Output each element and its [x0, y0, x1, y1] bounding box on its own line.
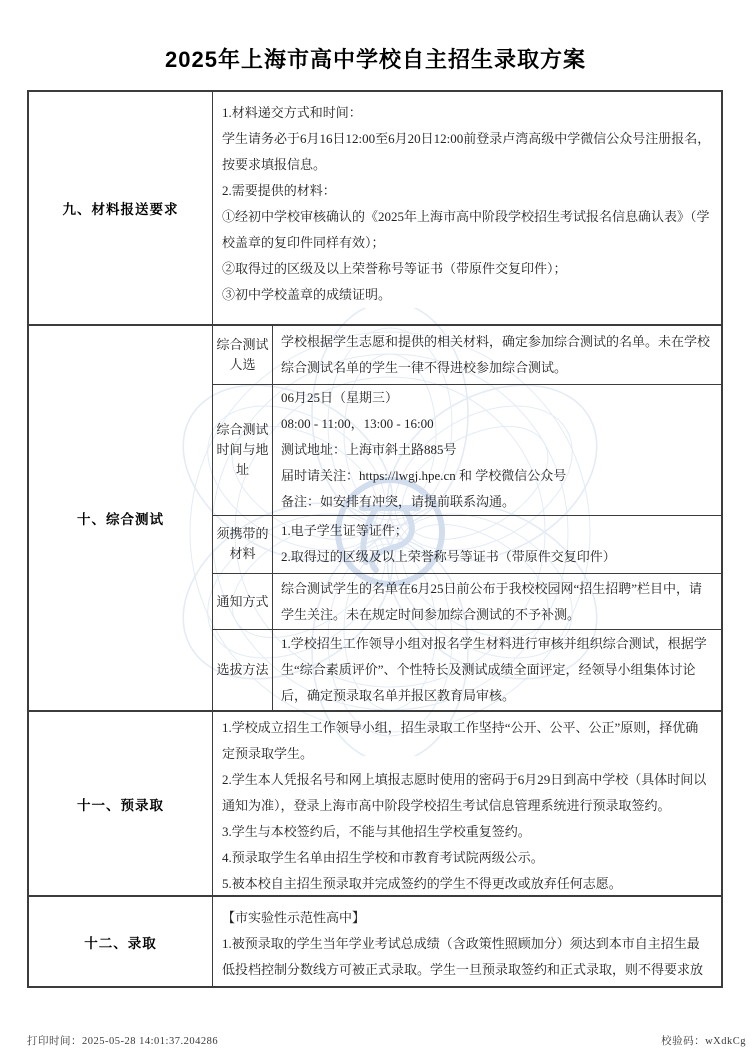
row-label: 十一、预录取	[29, 712, 213, 895]
cell-text-line: 1.学校招生工作领导小组对报名学生材料进行审核并组织综合测试，根据学生“综合素质…	[281, 631, 711, 709]
subrow-label: 须携带的材料	[213, 516, 273, 573]
cell-text-line: 4.预录取学生名单由招生学校和市教育考试院两级公示。	[222, 845, 711, 871]
subrow-content: 综合测试学生的名单在6月25日前公布于我校校园网“招生招聘”栏目中，请学生关注。…	[273, 574, 721, 630]
subrow-candidates: 综合测试人选 学校根据学生志愿和提供的相关材料，确定参加综合测试的名单。未在学校…	[213, 326, 721, 384]
subrow-notification-method: 通知方式 综合测试学生的名单在6月25日前公布于我校校园网“招生招聘”栏目中，请…	[213, 573, 721, 630]
subrow-label: 综合测试时间与地址	[213, 385, 273, 515]
cell-text-line: 3.学生与本校签约后，不能与其他招生学校重复签约。	[222, 819, 711, 845]
subrow-materials-to-bring: 须携带的材料 1.电子学生证等证件； 2.取得过的区级及以上荣誉称号等证书（带原…	[213, 515, 721, 573]
print-time: 打印时间：2025-05-28 14:01:37.204286	[27, 1033, 218, 1048]
cell-text-line: 学校根据学生志愿和提供的相关材料，确定参加综合测试的名单。未在学校综合测试名单的…	[281, 329, 711, 381]
subrow-time-address: 综合测试时间与地址 06月25日（星期三） 08:00 - 11:00，13:0…	[213, 384, 721, 515]
row-content: 【市实验性示范性高中】 1.被预录取的学生当年学业考试总成绩（含政策性照顾加分）…	[213, 897, 721, 986]
cell-text-line: 综合测试学生的名单在6月25日前公布于我校校园网“招生招聘”栏目中，请学生关注。…	[281, 576, 711, 628]
subrow-label: 综合测试人选	[213, 326, 273, 384]
table-row-admission: 十二、录取 【市实验性示范性高中】 1.被预录取的学生当年学业考试总成绩（含政策…	[29, 895, 721, 986]
cell-text-line: 1.电子学生证等证件；	[281, 518, 711, 544]
cell-text-line: 2.取得过的区级及以上荣誉称号等证书（带原件交复印件）	[281, 544, 711, 570]
cell-text-line: 学生请务必于6月16日12:00至6月20日12:00前登录卢湾高级中学微信公众…	[222, 126, 711, 178]
cell-text-line: 1.被预录取的学生当年学业考试总成绩（含政策性照顾加分）须达到本市自主招生最低投…	[222, 931, 711, 986]
cell-text-line: 06月25日（星期三）	[281, 385, 711, 411]
cell-text-line: 1.材料递交方式和时间：	[222, 100, 711, 126]
cell-text-line: 2.学生本人凭报名号和网上填报志愿时使用的密码于6月29日到高中学校（具体时间以…	[222, 767, 711, 819]
row-label: 十、综合测试	[29, 326, 213, 710]
cell-text-line: 2.需要提供的材料：	[222, 178, 711, 204]
row-content: 1.材料递交方式和时间： 学生请务必于6月16日12:00至6月20日12:00…	[213, 92, 721, 324]
subrow-selection-method: 选拔方法 1.学校招生工作领导小组对报名学生材料进行审核并组织综合测试，根据学生…	[213, 629, 721, 710]
row-label: 十二、录取	[29, 897, 213, 986]
subrow-label: 通知方式	[213, 574, 273, 630]
comprehensive-test-subtable: 综合测试人选 学校根据学生志愿和提供的相关材料，确定参加综合测试的名单。未在学校…	[213, 326, 721, 710]
cell-text-line: ②取得过的区级及以上荣誉称号等证书（带原件交复印件）；	[222, 256, 711, 282]
page-footer: 打印时间：2025-05-28 14:01:37.204286 校验码：wXdk…	[27, 1033, 746, 1048]
checksum: 校验码：wXdkCg	[661, 1033, 746, 1048]
cell-text-line: 届时请关注：https://lwgj.hpe.cn 和 学校微信公众号	[281, 463, 711, 489]
cell-text-line: 测试地址：上海市斜土路885号	[281, 437, 711, 463]
table-row-pre-admission: 十一、预录取 1.学校成立招生工作领导小组，招生录取工作坚持“公开、公平、公正”…	[29, 710, 721, 895]
subrow-content: 06月25日（星期三） 08:00 - 11:00，13:00 - 16:00 …	[273, 385, 721, 515]
table-row-materials-submission: 九、材料报送要求 1.材料递交方式和时间： 学生请务必于6月16日12:00至6…	[29, 92, 721, 324]
cell-text-line: 5.被本校自主招生预录取并完成签约的学生不得更改或放弃任何志愿。	[222, 871, 711, 895]
row-label: 九、材料报送要求	[29, 92, 213, 324]
subrow-content: 1.电子学生证等证件； 2.取得过的区级及以上荣誉称号等证书（带原件交复印件）	[273, 516, 721, 573]
page-title: 2025年上海市高中学校自主招生录取方案	[0, 44, 751, 76]
cell-text-line: ①经初中学校审核确认的《2025年上海市高中阶段学校招生考试报名信息确认表》（学…	[222, 204, 711, 256]
cell-text-line: 【市实验性示范性高中】	[222, 905, 711, 931]
subrow-content: 学校根据学生志愿和提供的相关材料，确定参加综合测试的名单。未在学校综合测试名单的…	[273, 326, 721, 384]
table-row-comprehensive-test: 十、综合测试 综合测试人选 学校根据学生志愿和提供的相关材料，确定参加综合测试的…	[29, 324, 721, 710]
row-content: 1.学校成立招生工作领导小组，招生录取工作坚持“公开、公平、公正”原则，择优确定…	[213, 712, 721, 895]
cell-text-line: 1.学校成立招生工作领导小组，招生录取工作坚持“公开、公平、公正”原则，择优确定…	[222, 715, 711, 767]
cell-text-line: ③初中学校盖章的成绩证明。	[222, 282, 711, 308]
cell-text-line: 08:00 - 11:00，13:00 - 16:00	[281, 411, 711, 437]
admission-plan-table: 九、材料报送要求 1.材料递交方式和时间： 学生请务必于6月16日12:00至6…	[27, 90, 723, 988]
subrow-label: 选拔方法	[213, 630, 273, 710]
subrow-content: 1.学校招生工作领导小组对报名学生材料进行审核并组织综合测试，根据学生“综合素质…	[273, 630, 721, 710]
cell-text-line: 备注：如安排有冲突，请提前联系沟通。	[281, 489, 711, 515]
